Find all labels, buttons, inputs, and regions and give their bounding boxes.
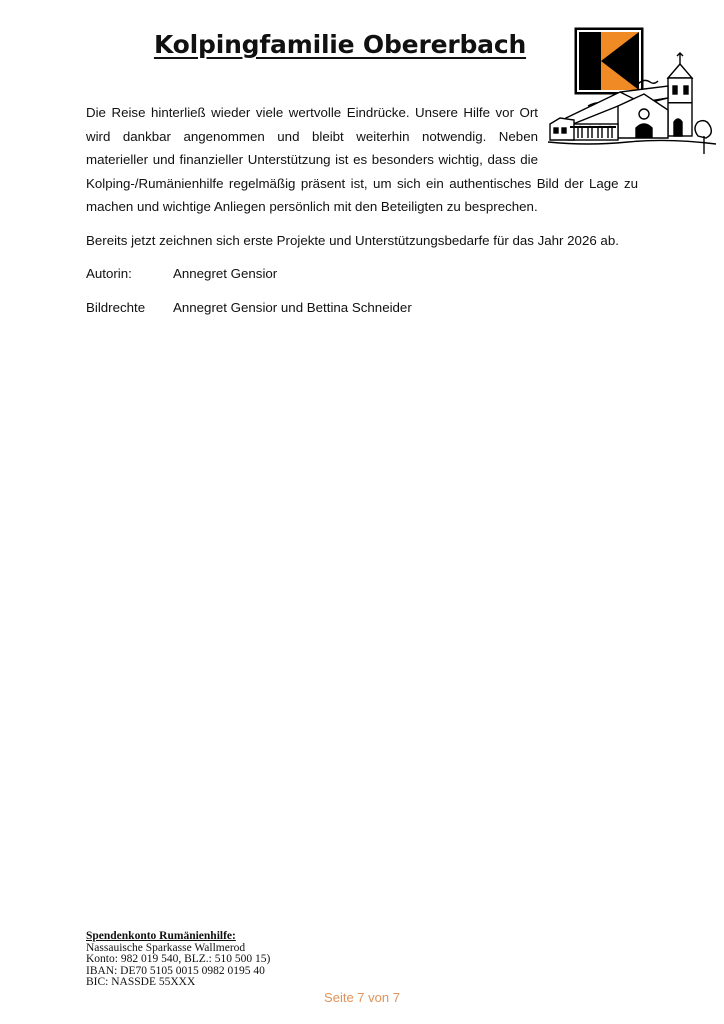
paragraph-1: Die Reise hinterließ wieder viele wertvo… (86, 101, 638, 219)
paragraph-1-line-1: Die Reise hinterließ wieder viele wertvo… (86, 101, 538, 125)
account-number: Konto: 982 019 540, BLZ.: 510 500 15) (86, 954, 270, 966)
bic: BIC: NASSDE 55XXX (86, 977, 270, 989)
paragraph-2: Bereits jetzt zeichnen sich erste Projek… (86, 229, 638, 253)
author-value: Annegret Gensior (173, 262, 277, 286)
paragraph-1-line-3: materieller und finanzieller Unterstützu… (86, 148, 538, 172)
article-body: Die Reise hinterließ wieder viele wertvo… (86, 101, 638, 319)
page-number: Seite 7 von 7 (0, 990, 724, 1005)
image-rights-row: Bildrechte Annegret Gensior und Bettina … (86, 296, 638, 320)
author-label: Autorin: (86, 262, 173, 286)
donation-account-title: Spendenkonto Rumänienhilfe: (86, 931, 270, 943)
author-row: Autorin: Annegret Gensior (86, 262, 638, 286)
image-rights-value: Annegret Gensior und Bettina Schneider (173, 296, 412, 320)
paragraph-1-line-2: wird dankbar angenommen und bleibt weite… (86, 125, 538, 149)
paragraph-1-line-4: Kolping-/Rumänienhilfe regelmäßig präsen… (86, 176, 638, 215)
image-rights-label: Bildrechte (86, 296, 173, 320)
donation-account-footer: Spendenkonto Rumänienhilfe: Nassauische … (86, 931, 270, 989)
